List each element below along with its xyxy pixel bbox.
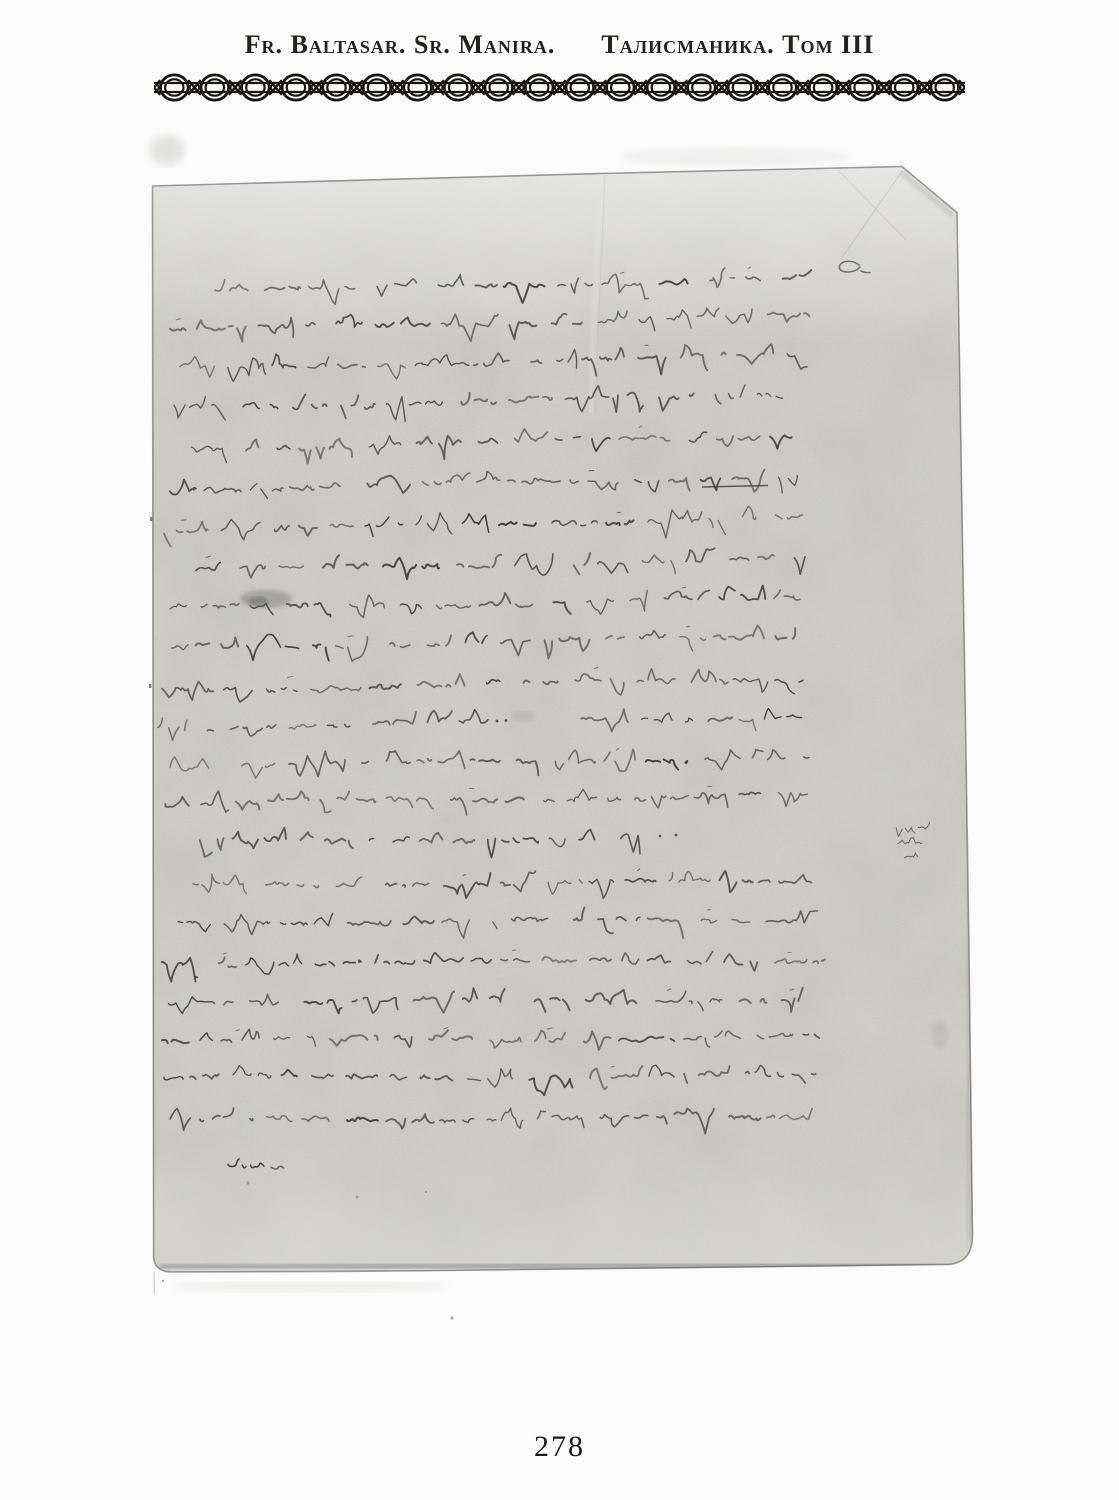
manuscript-photo: [0, 0, 1119, 1500]
page-number-text: 278: [534, 1430, 585, 1463]
paper-texture: [140, 155, 985, 1285]
page-number: 278: [0, 1430, 1119, 1464]
book-page: Fr. Baltasar. Sr. Manira. Талисманика. Т…: [0, 0, 1119, 1500]
